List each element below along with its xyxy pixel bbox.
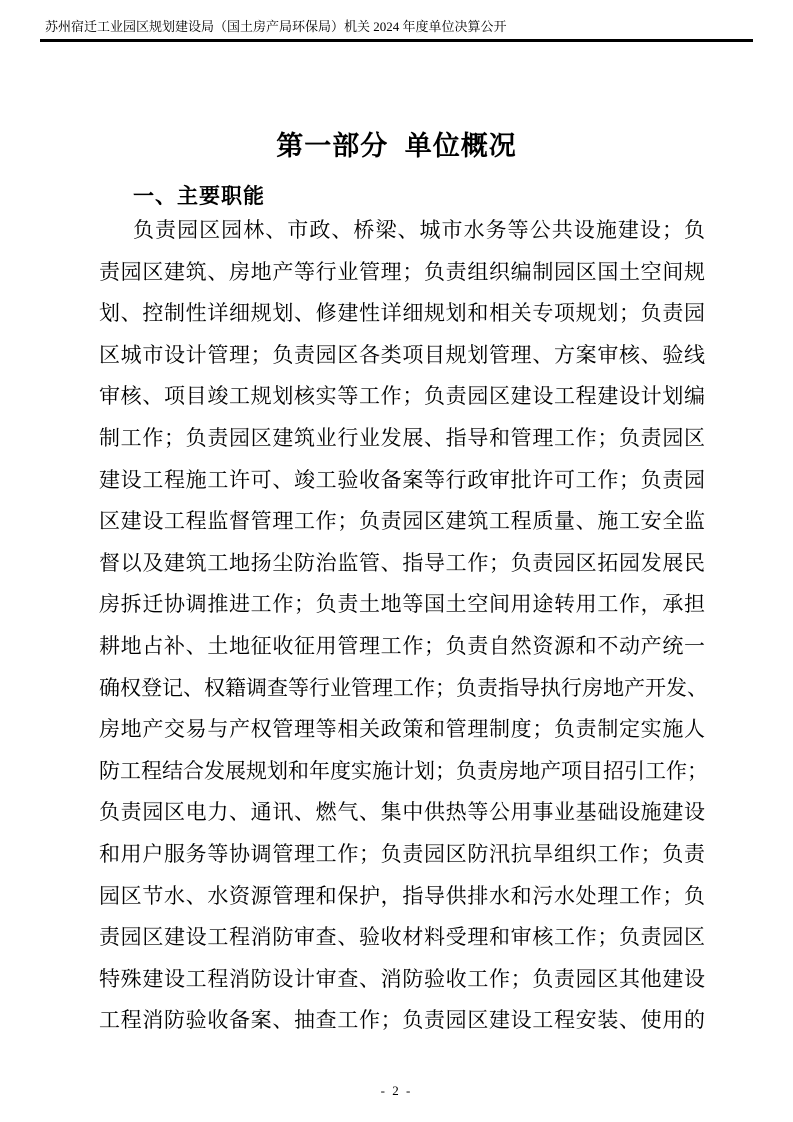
body-line: 和用户服务等协调管理工作；负责园区防汛抗旱组织工作；负责: [99, 834, 705, 876]
body-line: 区城市设计管理；负责园区各类项目规划管理、方案审核、验线: [99, 335, 705, 377]
body-line: 工程消防验收备案、抽查工作；负责园区建设工程安装、使用的: [99, 1000, 705, 1042]
body-line: 督以及建筑工地扬尘防治监管、指导工作；负责园区拓园发展民: [99, 543, 705, 585]
body-line: 区建设工程监督管理工作；负责园区建筑工程质量、施工安全监: [99, 501, 705, 543]
body-line: 责园区建设工程消防审查、验收材料受理和审核工作；负责园区: [99, 917, 705, 959]
body-line: 建设工程施工许可、竣工验收备案等行政审批许可工作；负责园: [99, 460, 705, 502]
body-line: 房地产交易与产权管理等相关政策和管理制度；负责制定实施人: [99, 709, 705, 751]
body-line: 负责园区电力、通讯、燃气、集中供热等公用事业基础设施建设: [99, 792, 705, 834]
section-heading-main-duties: 一、主要职能: [99, 180, 705, 210]
body-line: 确权登记、权籍调查等行业管理工作；负责指导执行房地产开发、: [99, 668, 705, 710]
body-line: 划、控制性详细规划、修建性详细规划和相关专项规划；负责园: [99, 293, 705, 335]
body-paragraph: 负责园区园林、市政、桥梁、城市水务等公共设施建设；负责园区建筑、房地产等行业管理…: [99, 210, 705, 1042]
document-page: 苏州宿迁工业园区规划建设局（国土房产局环保局）机关 2024 年度单位决算公开 …: [0, 0, 793, 1122]
body-line: 园区节水、水资源管理和保护，指导供排水和污水处理工作；负: [99, 876, 705, 918]
body-line: 审核、项目竣工规划核实等工作；负责园区建设工程建设计划编: [99, 376, 705, 418]
page-number: - 2 -: [0, 1083, 793, 1099]
body-line: 负责园区园林、市政、桥梁、城市水务等公共设施建设；负: [99, 210, 705, 252]
body-line: 防工程结合发展规划和年度实施计划；负责房地产项目招引工作；: [99, 751, 705, 793]
header-title: 苏州宿迁工业园区规划建设局（国土房产局环保局）机关 2024 年度单位决算公开: [40, 18, 753, 35]
page-header: 苏州宿迁工业园区规划建设局（国土房产局环保局）机关 2024 年度单位决算公开: [40, 18, 753, 42]
body-line: 房拆迁协调推进工作；负责土地等国土空间用途转用工作，承担: [99, 584, 705, 626]
body-line: 制工作；负责园区建筑业行业发展、指导和管理工作；负责园区: [99, 418, 705, 460]
page-title: 第一部分 单位概况: [0, 124, 793, 163]
body-line: 特殊建设工程消防设计审查、消防验收工作；负责园区其他建设: [99, 959, 705, 1001]
body-line: 责园区建筑、房地产等行业管理；负责组织编制园区国土空间规: [99, 252, 705, 294]
body-line: 耕地占补、土地征收征用管理工作；负责自然资源和不动产统一: [99, 626, 705, 668]
